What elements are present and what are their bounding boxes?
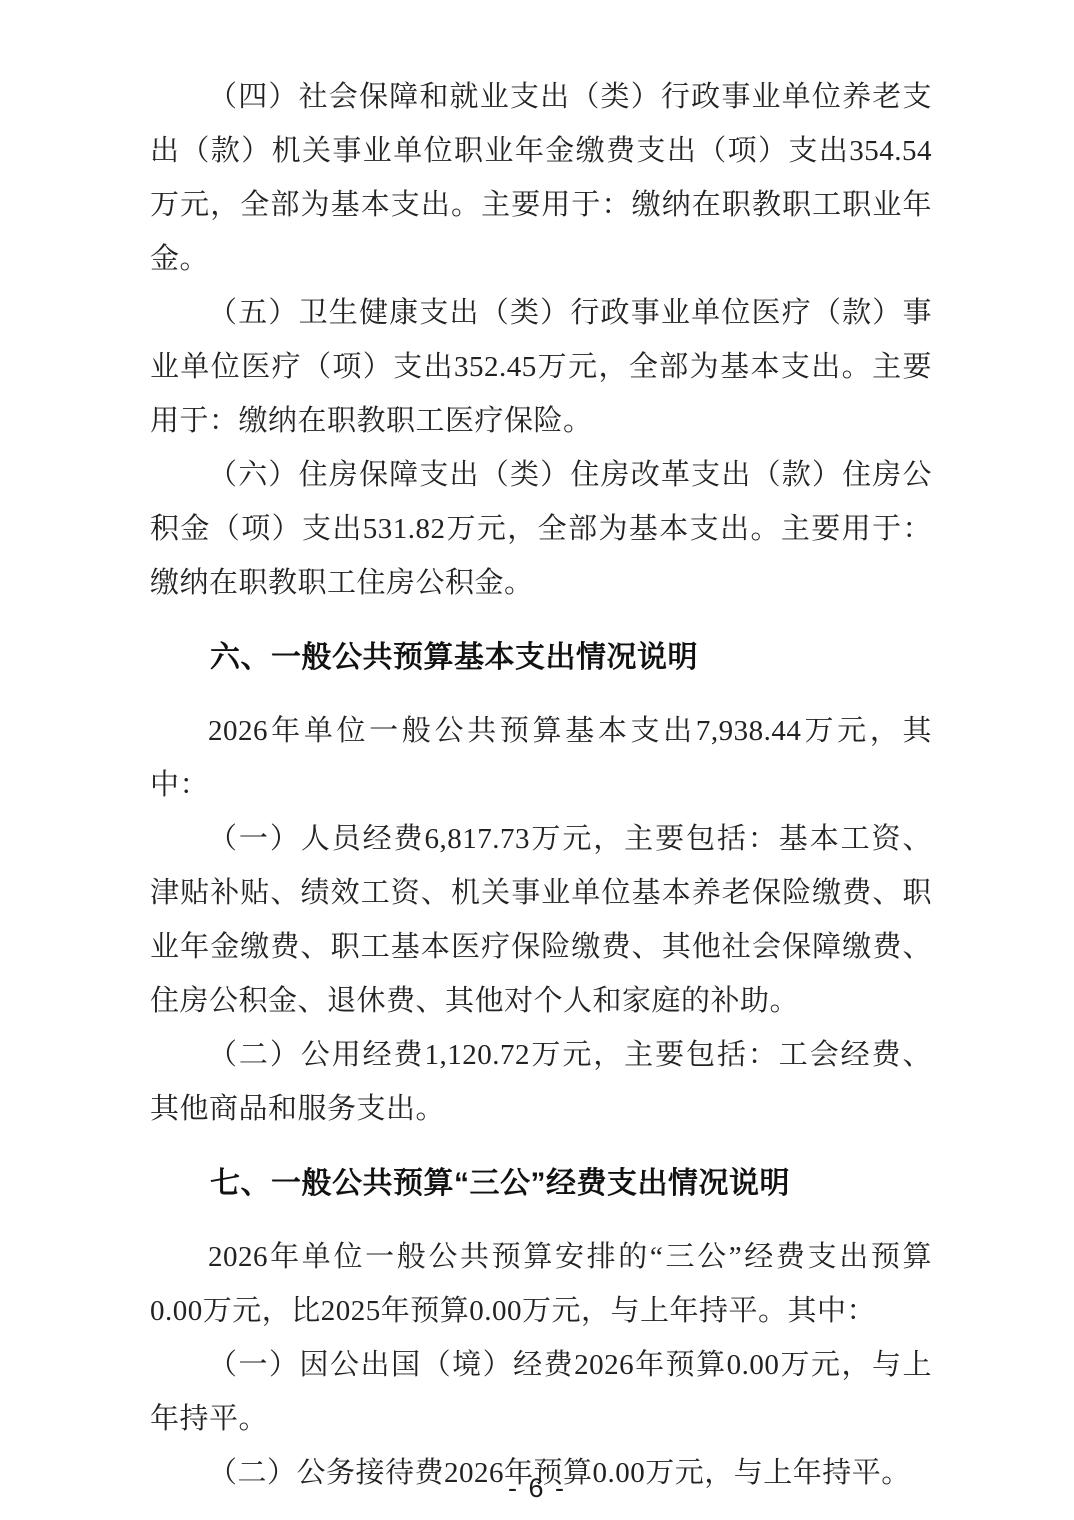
document-body: （四）社会保障和就业支出（类）行政事业单位养老支出（款）机关事业单位职业年金缴费… xyxy=(150,70,932,1500)
page-number: - 6 - xyxy=(508,1473,566,1503)
section-heading: 七、一般公共预算“三公”经费支出情况说明 xyxy=(150,1157,932,1211)
section-heading: 六、一般公共预算基本支出情况说明 xyxy=(150,631,932,685)
document-page: （四）社会保障和就业支出（类）行政事业单位养老支出（款）机关事业单位职业年金缴费… xyxy=(0,0,1074,1520)
paragraph: （四）社会保障和就业支出（类）行政事业单位养老支出（款）机关事业单位职业年金缴费… xyxy=(150,70,932,286)
paragraph: （五）卫生健康支出（类）行政事业单位医疗（款）事业单位医疗（项）支出352.45… xyxy=(150,286,932,448)
paragraph: 2026年单位一般公共预算基本支出7,938.44万元，其中： xyxy=(150,704,932,812)
paragraph: 2026年单位一般公共预算安排的“三公”经费支出预算0.00万元，比2025年预… xyxy=(150,1230,932,1338)
paragraph: （一）因公出国（境）经费2026年预算0.00万元，与上年持平。 xyxy=(150,1338,932,1446)
paragraph: （六）住房保障支出（类）住房改革支出（款）住房公积金（项）支出531.82万元，… xyxy=(150,448,932,610)
paragraph: （二）公用经费1,120.72万元，主要包括：工会经费、其他商品和服务支出。 xyxy=(150,1028,932,1136)
paragraph: （一）人员经费6,817.73万元，主要包括：基本工资、津贴补贴、绩效工资、机关… xyxy=(150,812,932,1028)
page-footer: - 6 - xyxy=(0,1473,1074,1504)
